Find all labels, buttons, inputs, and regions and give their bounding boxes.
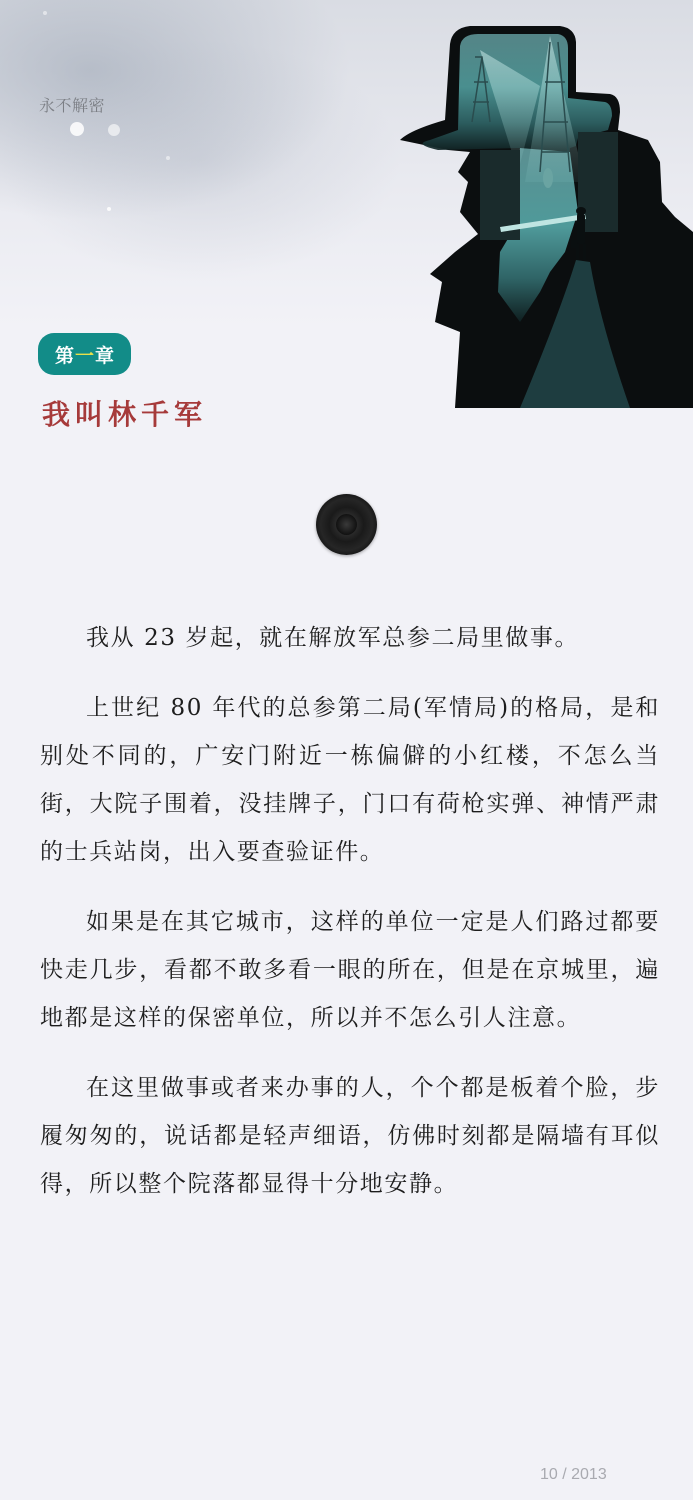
snowflake-decoration <box>43 11 47 15</box>
chapter-badge-number: 一 <box>75 341 94 368</box>
camera-lens-icon <box>316 494 377 555</box>
snowflake-decoration <box>107 207 111 211</box>
paragraph: 在这里做事或者来办事的人，个个都是板着个脸，步履匆匆的，说话都是轻声细语，仿佛时… <box>40 1064 660 1208</box>
page-indicator: 10 / 2013 <box>540 1466 607 1484</box>
chapter-body: 我从 23 岁起，就在解放军总参二局里做事。 上世纪 80 年代的总参第二局(军… <box>40 614 660 1230</box>
chapter-title: 我叫林千军 <box>42 393 207 433</box>
paragraph: 如果是在其它城市，这样的单位一定是人们路过都要快走几步，看都不敢多看一眼的所在，… <box>40 898 660 1042</box>
snowflake-decoration <box>70 122 84 136</box>
book-title: 永不解密 <box>39 93 105 116</box>
chapter-badge: 第 一 章 <box>38 333 131 375</box>
paragraph: 我从 23 岁起，就在解放军总参二局里做事。 <box>40 614 660 662</box>
chapter-badge-suffix: 章 <box>95 341 114 368</box>
snowflake-decoration <box>166 156 170 160</box>
chapter-illustration <box>400 12 693 408</box>
snowflake-decoration <box>108 124 120 136</box>
paragraph: 上世纪 80 年代的总参第二局(军情局)的格局，是和别处不同的，广安门附近一栋偏… <box>40 684 660 876</box>
chapter-badge-prefix: 第 <box>55 341 74 368</box>
